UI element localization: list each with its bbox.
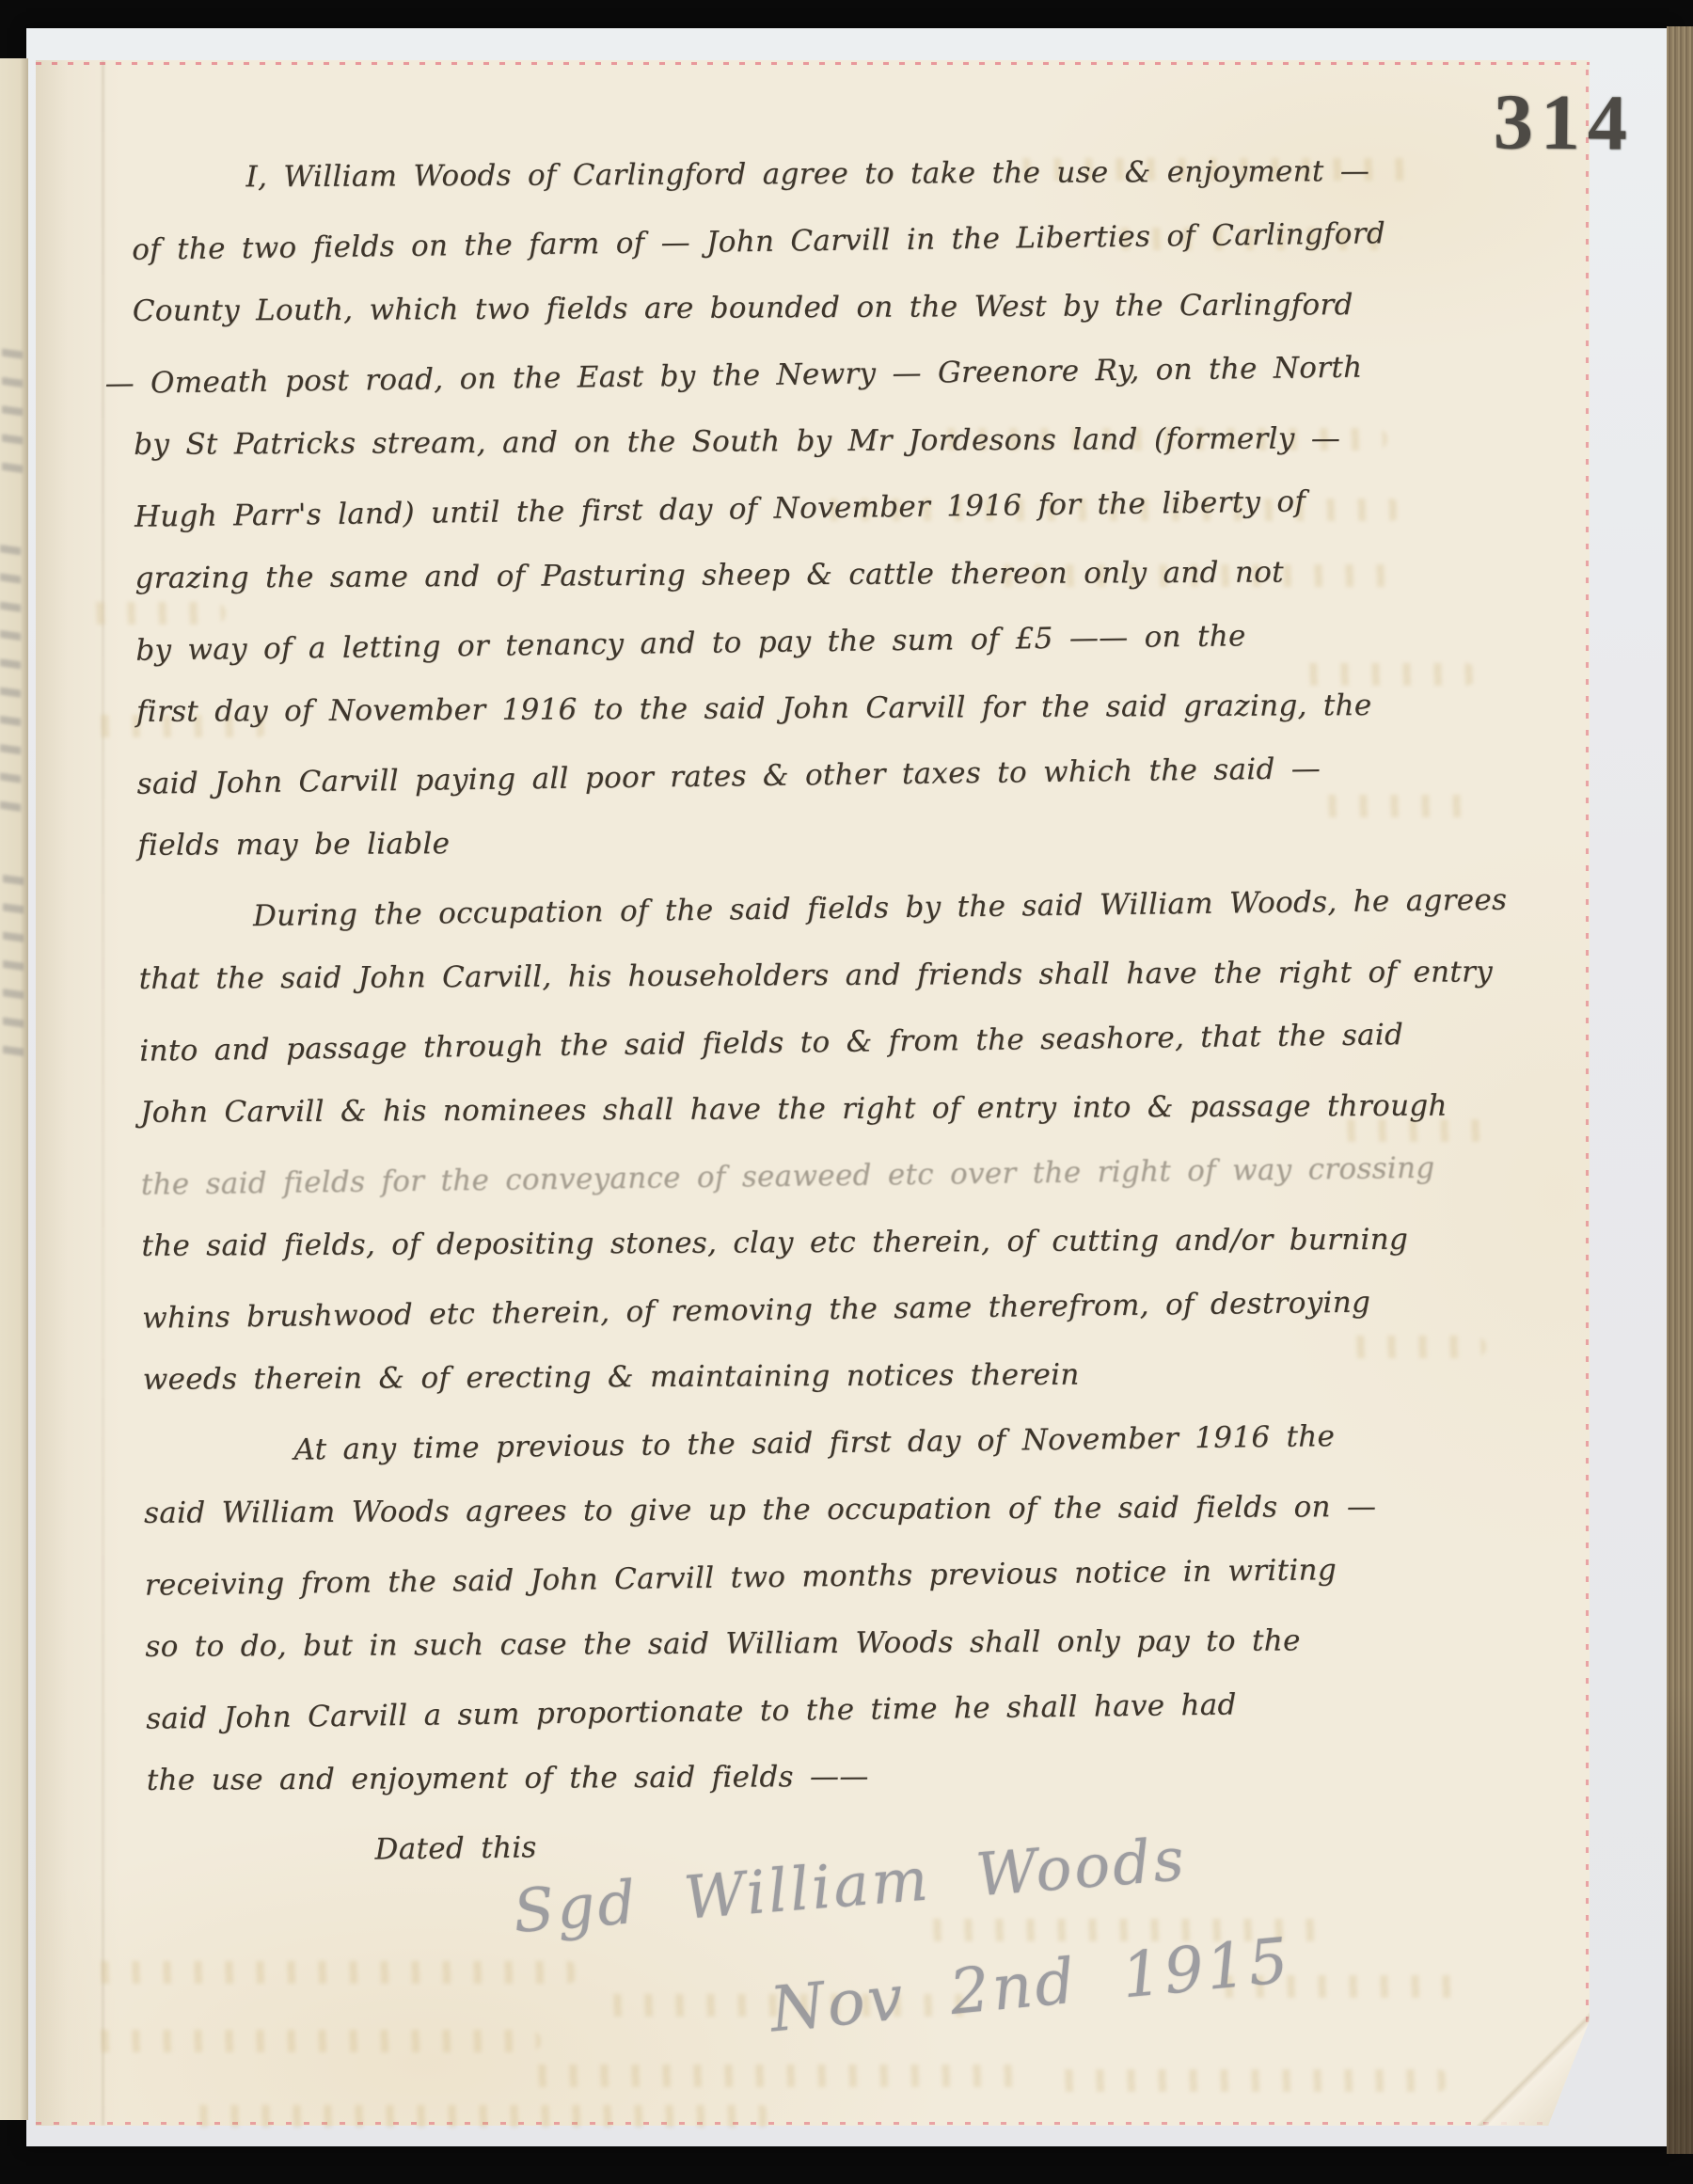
text-line: weeds therein & of erecting & maintainin… xyxy=(143,1339,1535,1414)
text-line: During the occupation of the said fields… xyxy=(138,866,1531,951)
text-line: receiving from the said John Carvill two… xyxy=(144,1534,1537,1619)
text-line: so to do, but in such case the said Will… xyxy=(145,1606,1537,1681)
ghost-writing xyxy=(527,2065,1035,2087)
text-line: by St Patricks stream, and on the South … xyxy=(134,404,1526,479)
pencil-scribble xyxy=(0,529,21,830)
text-line: County Louth, which two fields are bound… xyxy=(133,271,1525,345)
previous-page-edge xyxy=(0,58,28,2120)
text-line: fields may be liable xyxy=(137,805,1529,879)
text-line: by way of a letting or tenancy and to pa… xyxy=(135,599,1528,684)
text-line: said William Woods agrees to give up the… xyxy=(144,1473,1536,1547)
book-fore-edge xyxy=(1667,26,1693,2154)
text-line: into and passage through the said fields… xyxy=(139,1000,1532,1084)
red-speckled-edge-top xyxy=(36,62,1590,65)
text-line: John Carvill & his nominees shall have t… xyxy=(140,1072,1532,1147)
text-line: said John Carvill a sum proportionate to… xyxy=(146,1668,1539,1752)
text-line: whins brushwood etc therein, of removing… xyxy=(142,1267,1535,1352)
red-speckled-edge-right xyxy=(1586,60,1589,2022)
ghost-writing xyxy=(89,1961,578,1984)
handwritten-agreement: I, William Woods of Carlingford agree to… xyxy=(131,135,1540,1884)
manuscript-scan: 314 I, William Woods of Carlingford agre… xyxy=(0,0,1693,2184)
text-line: the said fields, of depositing stones, c… xyxy=(141,1206,1533,1280)
text-line: Hugh Parr's land) until the first day of… xyxy=(134,466,1527,550)
ghost-writing xyxy=(188,2105,771,2128)
text-line: first day of November 1916 to the said J… xyxy=(136,672,1528,746)
text-line-faded: the said fields for the conveyance of se… xyxy=(140,1133,1533,1218)
pencil-scribble xyxy=(3,867,24,1074)
text-line: said John Carvill paying all poor rates … xyxy=(136,733,1529,817)
ghost-writing xyxy=(89,2030,541,2052)
text-line: grazing the same and of Pasturing sheep … xyxy=(134,538,1527,612)
text-line: that the said John Carvill, his househol… xyxy=(138,939,1530,1013)
pencil-scribble xyxy=(2,331,23,491)
text-line: the use and enjoyment of the said fields… xyxy=(147,1740,1539,1814)
ghost-writing xyxy=(1053,2069,1448,2092)
text-line: At any time previous to the said first d… xyxy=(143,1401,1536,1485)
text-line: I, William Woods of Carlingford agree to… xyxy=(131,137,1523,212)
text-line: of the two fields on the farm of — John … xyxy=(132,198,1525,283)
